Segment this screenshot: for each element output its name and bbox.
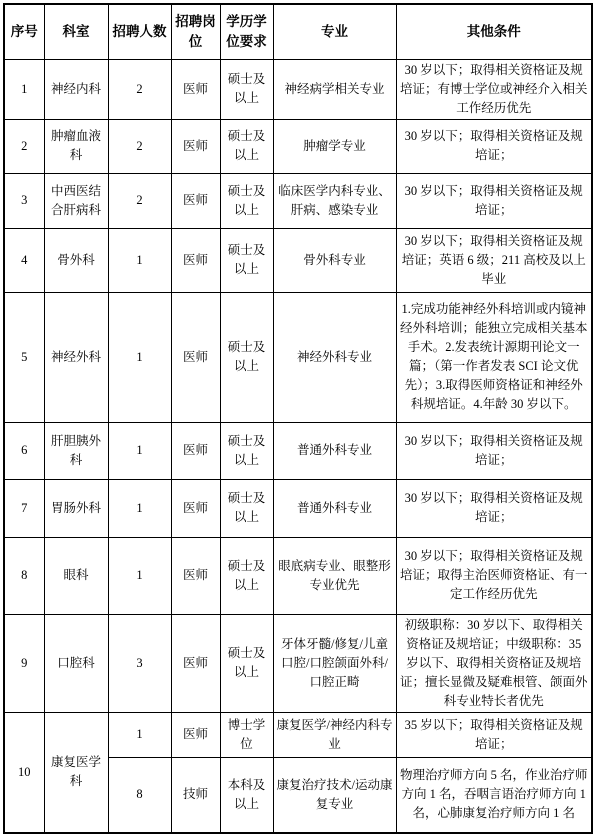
cell-degree: 硕士及以上 bbox=[220, 479, 273, 537]
table-row: 10 康复医学科 1 医师 博士学位 康复医学/神经内科专业 35 岁以下；取得… bbox=[4, 712, 592, 757]
cell-other: 30 岁以下；取得相关资格证及规培证； bbox=[396, 479, 592, 537]
cell-count: 1 bbox=[108, 712, 171, 757]
cell-count: 2 bbox=[108, 173, 171, 228]
cell-other: 30 岁以下；取得相关资格证及规培证；有博士学位或神经介入相关工作经历优先 bbox=[396, 59, 592, 119]
cell-no: 5 bbox=[4, 292, 44, 422]
cell-count: 3 bbox=[108, 614, 171, 712]
cell-degree: 硕士及以上 bbox=[220, 292, 273, 422]
cell-other: 35 岁以下；取得相关资格证及规培证； bbox=[396, 712, 592, 757]
table-row: 1 神经内科 2 医师 硕士及以上 神经病学相关专业 30 岁以下；取得相关资格… bbox=[4, 59, 592, 119]
cell-dept: 肿瘤血液科 bbox=[44, 119, 108, 173]
cell-no: 4 bbox=[4, 228, 44, 292]
table-row: 4 骨外科 1 医师 硕士及以上 骨外科专业 30 岁以下；取得相关资格证及规培… bbox=[4, 228, 592, 292]
cell-other: 30 岁以下；取得相关资格证及规培证； bbox=[396, 119, 592, 173]
cell-major: 牙体牙髓/修复/儿童口腔/口腔颌面外科/口腔正畸 bbox=[273, 614, 396, 712]
cell-dept: 骨外科 bbox=[44, 228, 108, 292]
cell-other: 物理治疗师方向 5 名，作业治疗师方向 1 名，吞咽言语治疗师方向 1 名，心肺… bbox=[396, 757, 592, 833]
cell-degree: 硕士及以上 bbox=[220, 228, 273, 292]
cell-count: 1 bbox=[108, 537, 171, 614]
table-row: 2 肿瘤血液科 2 医师 硕士及以上 肿瘤学专业 30 岁以下；取得相关资格证及… bbox=[4, 119, 592, 173]
cell-count: 1 bbox=[108, 292, 171, 422]
cell-major: 康复医学/神经内科专业 bbox=[273, 712, 396, 757]
cell-dept: 肝胆胰外科 bbox=[44, 422, 108, 479]
cell-no: 10 bbox=[4, 712, 44, 833]
header-cell-count: 招聘人数 bbox=[108, 4, 171, 59]
cell-degree: 硕士及以上 bbox=[220, 59, 273, 119]
cell-no: 2 bbox=[4, 119, 44, 173]
cell-post: 医师 bbox=[171, 292, 220, 422]
header-cell-degree: 学历学位要求 bbox=[220, 4, 273, 59]
header-cell-no: 序号 bbox=[4, 4, 44, 59]
header-cell-other: 其他条件 bbox=[396, 4, 592, 59]
cell-degree: 硕士及以上 bbox=[220, 537, 273, 614]
cell-count: 2 bbox=[108, 59, 171, 119]
cell-other: 初级职称：30 岁以下、取得相关资格证及规培证；中级职称：35 岁以下、取得相关… bbox=[396, 614, 592, 712]
cell-count: 1 bbox=[108, 422, 171, 479]
cell-degree: 本科及以上 bbox=[220, 757, 273, 833]
cell-dept: 神经内科 bbox=[44, 59, 108, 119]
header-cell-dept: 科室 bbox=[44, 4, 108, 59]
cell-dept: 眼科 bbox=[44, 537, 108, 614]
header-cell-major: 专业 bbox=[273, 4, 396, 59]
table-row: 8 眼科 1 医师 硕士及以上 眼底病专业、眼整形专业优先 30 岁以下；取得相… bbox=[4, 537, 592, 614]
cell-major: 神经病学相关专业 bbox=[273, 59, 396, 119]
cell-no: 9 bbox=[4, 614, 44, 712]
cell-major: 眼底病专业、眼整形专业优先 bbox=[273, 537, 396, 614]
cell-no: 3 bbox=[4, 173, 44, 228]
cell-other: 30 岁以下；取得相关资格证及规培证；英语 6 级；211 高校及以上毕业 bbox=[396, 228, 592, 292]
cell-post: 医师 bbox=[171, 712, 220, 757]
cell-degree: 硕士及以上 bbox=[220, 173, 273, 228]
cell-major: 普通外科专业 bbox=[273, 422, 396, 479]
cell-other: 30 岁以下；取得相关资格证及规培证； bbox=[396, 422, 592, 479]
cell-dept: 中西医结合肝病科 bbox=[44, 173, 108, 228]
cell-no: 1 bbox=[4, 59, 44, 119]
cell-dept: 口腔科 bbox=[44, 614, 108, 712]
cell-major: 康复治疗技术/运动康复专业 bbox=[273, 757, 396, 833]
recruitment-table: 序号 科室 招聘人数 招聘岗位 学历学位要求 专业 其他条件 1 神经内科 2 … bbox=[3, 3, 593, 834]
cell-post: 医师 bbox=[171, 173, 220, 228]
cell-major: 骨外科专业 bbox=[273, 228, 396, 292]
table-row: 3 中西医结合肝病科 2 医师 硕士及以上 临床医学内科专业、肝病、感染专业 3… bbox=[4, 173, 592, 228]
cell-post: 医师 bbox=[171, 422, 220, 479]
cell-no: 6 bbox=[4, 422, 44, 479]
cell-degree: 博士学位 bbox=[220, 712, 273, 757]
cell-dept: 胃肠外科 bbox=[44, 479, 108, 537]
table-row: 5 神经外科 1 医师 硕士及以上 神经外科专业 1.完成功能神经外科培训或内镜… bbox=[4, 292, 592, 422]
cell-dept: 康复医学科 bbox=[44, 712, 108, 833]
cell-post: 医师 bbox=[171, 228, 220, 292]
cell-major: 普通外科专业 bbox=[273, 479, 396, 537]
cell-other: 30 岁以下；取得相关资格证及规培证；取得主治医师资格证、有一定工作经历优先 bbox=[396, 537, 592, 614]
cell-count: 1 bbox=[108, 228, 171, 292]
cell-count: 8 bbox=[108, 757, 171, 833]
table-row: 7 胃肠外科 1 医师 硕士及以上 普通外科专业 30 岁以下；取得相关资格证及… bbox=[4, 479, 592, 537]
header-cell-post: 招聘岗位 bbox=[171, 4, 220, 59]
table-row: 9 口腔科 3 医师 硕士及以上 牙体牙髓/修复/儿童口腔/口腔颌面外科/口腔正… bbox=[4, 614, 592, 712]
cell-degree: 硕士及以上 bbox=[220, 614, 273, 712]
table-row: 6 肝胆胰外科 1 医师 硕士及以上 普通外科专业 30 岁以下；取得相关资格证… bbox=[4, 422, 592, 479]
cell-major: 临床医学内科专业、肝病、感染专业 bbox=[273, 173, 396, 228]
cell-post: 医师 bbox=[171, 537, 220, 614]
cell-post: 医师 bbox=[171, 59, 220, 119]
cell-major: 神经外科专业 bbox=[273, 292, 396, 422]
cell-post: 医师 bbox=[171, 479, 220, 537]
cell-major: 肿瘤学专业 bbox=[273, 119, 396, 173]
cell-post: 医师 bbox=[171, 119, 220, 173]
cell-post: 技师 bbox=[171, 757, 220, 833]
cell-no: 7 bbox=[4, 479, 44, 537]
cell-count: 2 bbox=[108, 119, 171, 173]
cell-other: 1.完成功能神经外科培训或内镜神经外科培训；能独立完成相关基本手术。2.发表统计… bbox=[396, 292, 592, 422]
table-header-row: 序号 科室 招聘人数 招聘岗位 学历学位要求 专业 其他条件 bbox=[4, 4, 592, 59]
cell-no: 8 bbox=[4, 537, 44, 614]
cell-degree: 硕士及以上 bbox=[220, 422, 273, 479]
cell-post: 医师 bbox=[171, 614, 220, 712]
cell-other: 30 岁以下；取得相关资格证及规培证； bbox=[396, 173, 592, 228]
cell-count: 1 bbox=[108, 479, 171, 537]
cell-degree: 硕士及以上 bbox=[220, 119, 273, 173]
cell-dept: 神经外科 bbox=[44, 292, 108, 422]
